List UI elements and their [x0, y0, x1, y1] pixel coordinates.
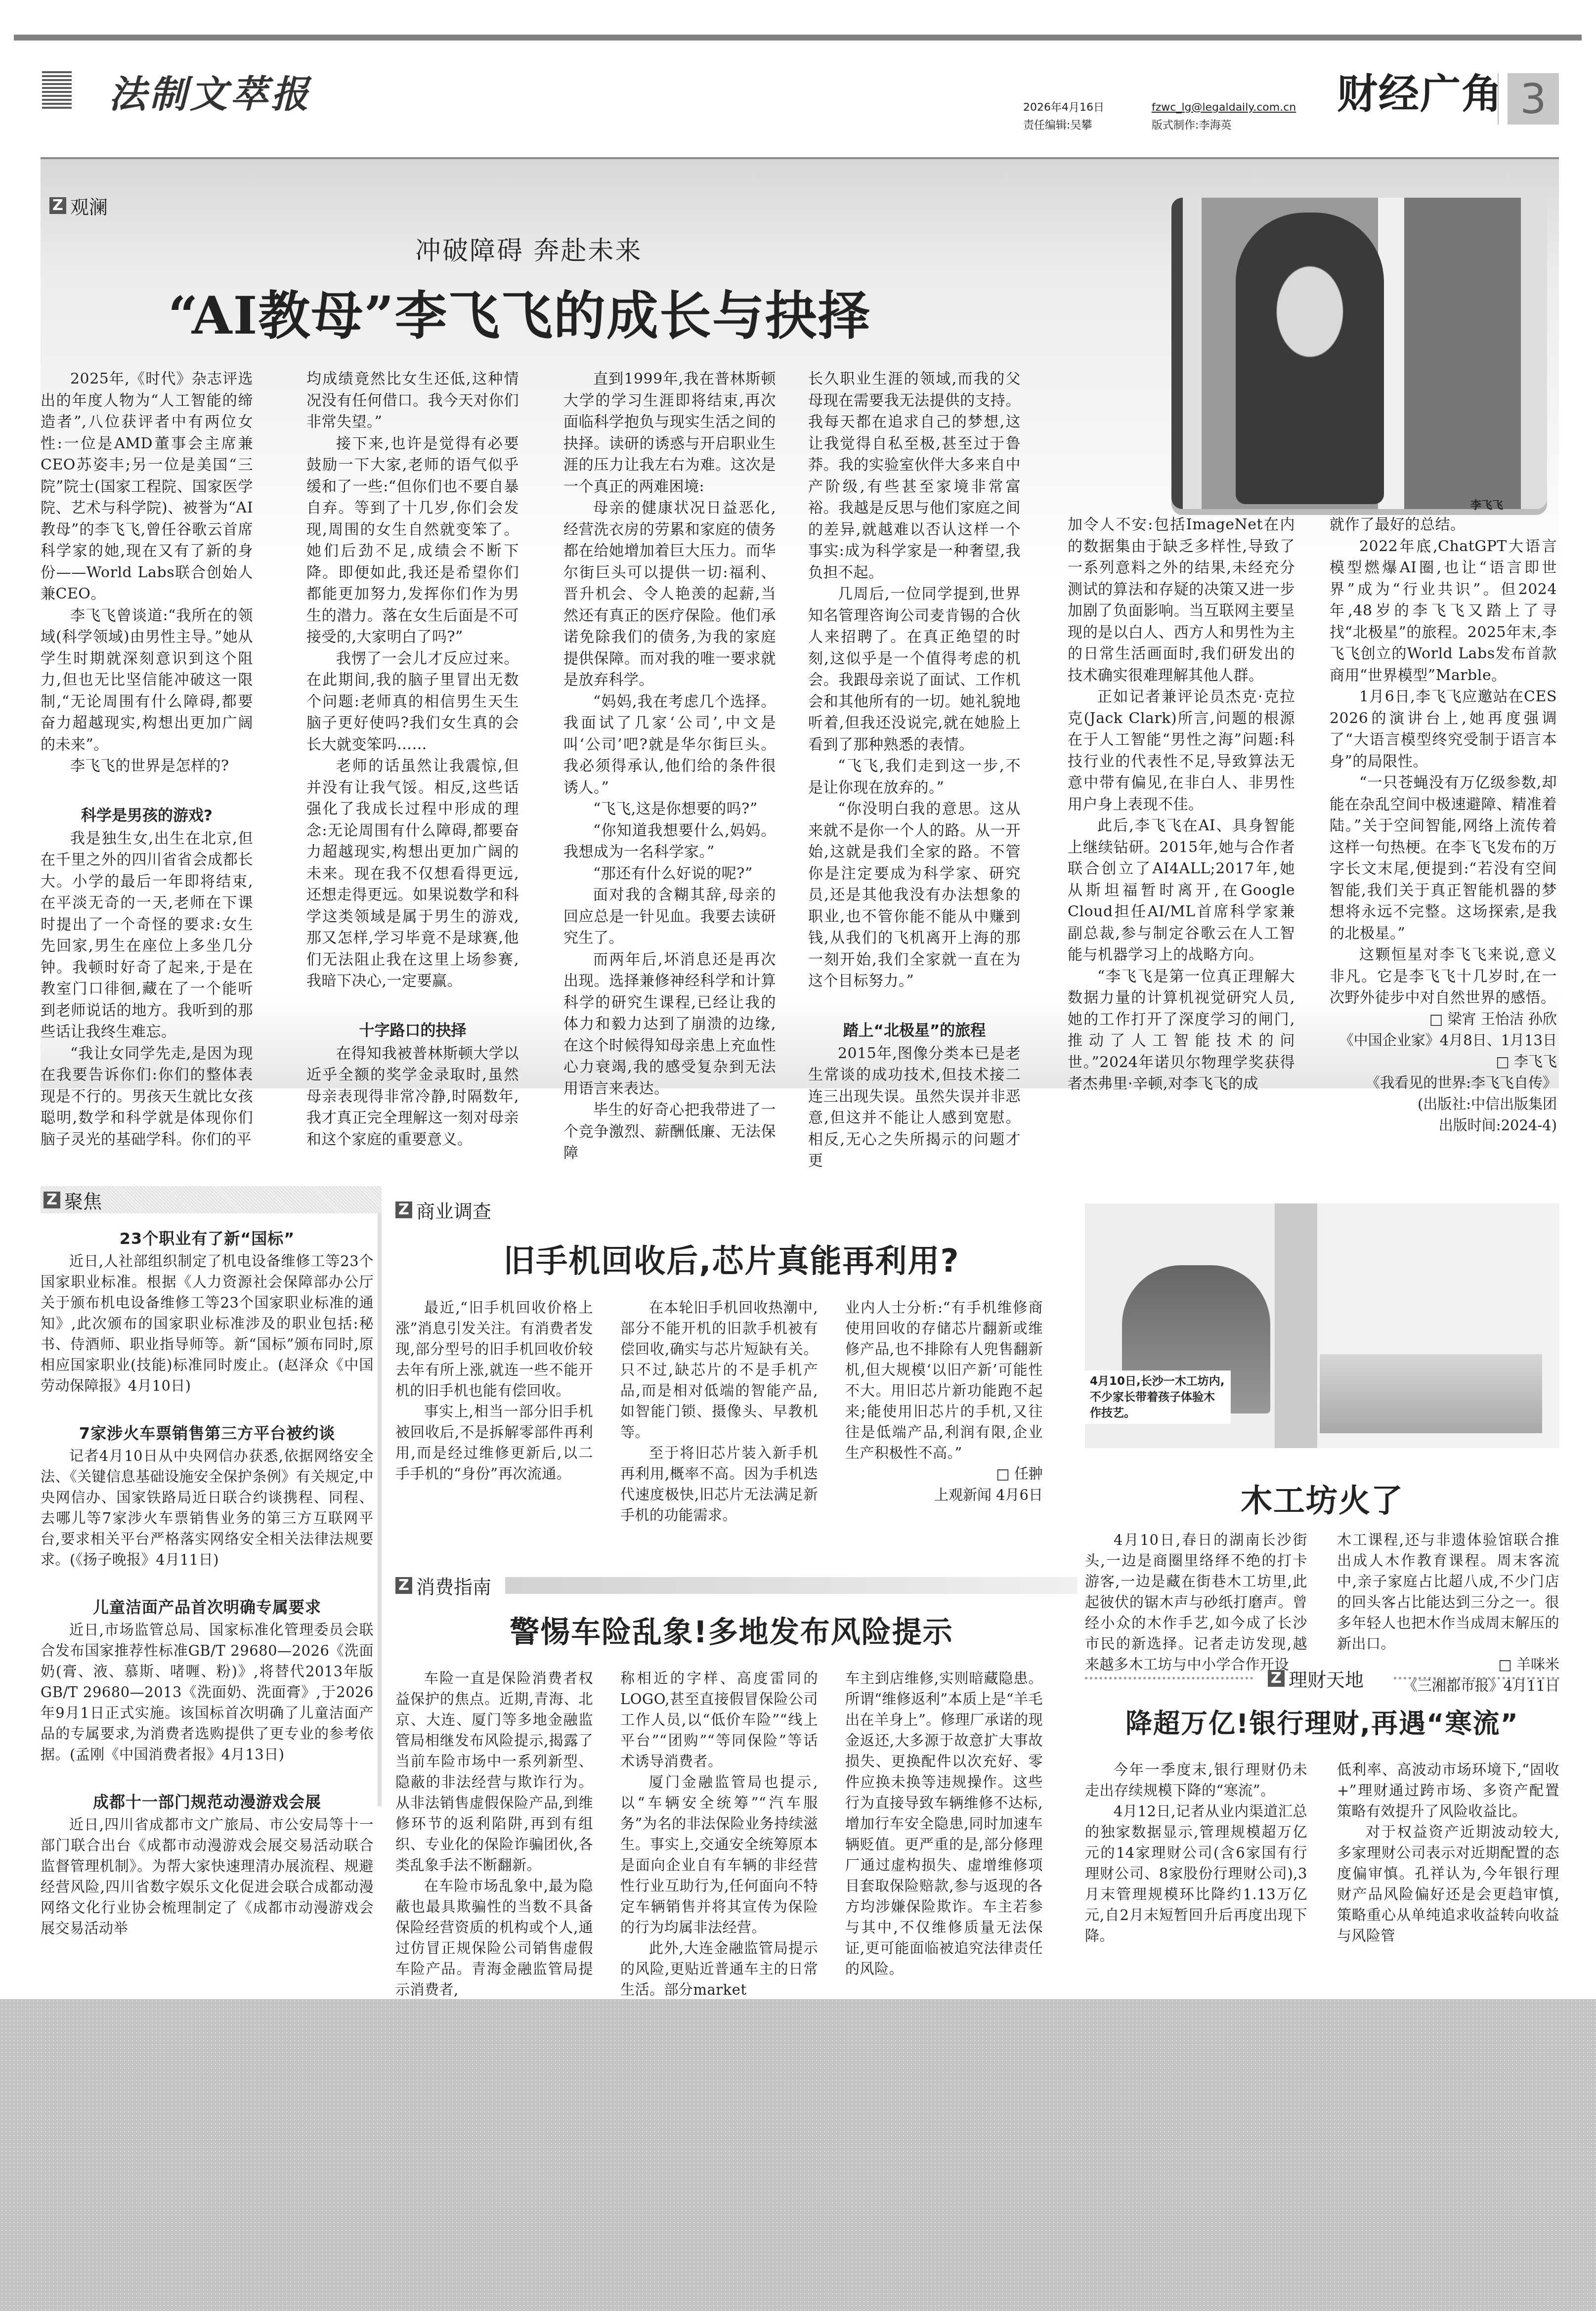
page-bottom-mask [0, 1999, 1596, 2311]
layout-credit: 版式制作:李海英 [1152, 117, 1296, 134]
paragraph: 我愣了一会儿才反应过来。在此期间,我的脑子里冒出无数个问题:老师真的相信男生天生… [306, 648, 519, 756]
brief-item: 儿童洁面产品首次明确专属要求 近日,市场监管总局、国家标准化管理委员会联合发布国… [41, 1595, 374, 1765]
issue-date: 2026年4月16日 [1023, 99, 1104, 117]
finance-headline: 降超万亿!银行理财,再遇“寒流” [1085, 1703, 1559, 1741]
paragraph: 长久职业生涯的领域,而我的父母现在需要我无法提供的支持。我每天都在追求自己的梦想… [808, 368, 1021, 583]
finance-column-2: 低利率、高波动市场环境下,“固收+”理财通过跨市场、多资产配置策略有效提升了风险… [1337, 1759, 1559, 1999]
editor-credit: 责任编辑:吴攀 [1023, 117, 1104, 134]
author-credit: □ 羊咪米 [1337, 1654, 1559, 1675]
consumer-column-2: 称相近的字样、高度雷同的LOGO,甚至直接假冒保险公司工作人员,以“低价车险”“… [620, 1668, 818, 1999]
tag-label: 观澜 [70, 192, 108, 219]
paragraph: “那还有什么好说的呢?” [563, 863, 776, 885]
paragraph: 直到1999年,我在普林斯顿大学的学习生涯即将结束,再次面临科学抱负与现实生活之… [563, 368, 776, 497]
paragraph: 李飞飞曾谈道:“我所在的领域(科学领域)由男性主导。”她从学生时期就深刻意识到这… [41, 605, 253, 756]
paragraph: 厦门金融监管局也提示,以“车辆安全统筹”“汽车服务”为名的非法保险业务持续滋生。… [620, 1772, 818, 1938]
z-logo-icon: Z [1268, 1670, 1285, 1687]
portrait-figure [1236, 213, 1384, 504]
photo-caption: 4月10日,长沙一木工坊内,不少家长带着孩子体验木作技艺。 [1085, 1370, 1231, 1424]
masthead: 法制文萃报 [109, 64, 311, 118]
paragraph: 此后,李飞飞在AI、具身智能上继续钻研。2015年,她与合作者联合创立了AI4A… [1068, 815, 1295, 966]
top-rule [14, 35, 1582, 41]
divider [1394, 1677, 1559, 1679]
section-title: 财经广角 [1337, 62, 1503, 120]
z-logo-icon: Z [49, 197, 66, 214]
paragraph: 1月6日,李飞飞应邀站在CES 2026的演讲台上,她再度强调了“大语言模型终究… [1330, 686, 1557, 772]
paragraph: 均成绩竟然比女生还低,这种情况没有任何借口。我今天对你们非常失望。” [306, 368, 519, 433]
paragraph: 事实上,相当一部分旧手机被回收后,不是拆解零部件再利用,而是经过维修更新后,以二… [395, 1401, 593, 1484]
paragraph: 低利率、高波动市场环境下,“固收+”理财通过跨市场、多资产配置策略有效提升了风险… [1337, 1759, 1559, 1822]
paragraph: 就作了最好的总结。 [1330, 514, 1557, 536]
paragraph: 面对我的含糊其辞,母亲的回应总是一针见血。我要去读研究生了。 [563, 884, 776, 949]
finance-column-1: 今年一季度末,银行理财仍未走出存续规模下降的“寒流”。 4月12日,记者从业内渠… [1085, 1759, 1307, 1999]
business-column-3: 业内人士分析:“有手机维修商使用回收的存储芯片翻新或维修产品,也不排除有人兜售翻… [845, 1297, 1043, 1506]
subheading: 十字路口的抉择 [306, 1018, 519, 1040]
brief-body: 记者4月10日从中央网信办获悉,依据网络安全法、《关键信息基础设施安全保护条例》… [41, 1446, 374, 1570]
feature-column-4: 长久职业生涯的领域,而我的父母现在需要我无法提供的支持。我每天都在追求自己的梦想… [808, 368, 1021, 1172]
paragraph: 今年一季度末,银行理财仍未走出存续规模下降的“寒流”。 [1085, 1759, 1307, 1801]
paragraph: 李飞飞的世界是怎样的? [41, 755, 253, 777]
section-tag-guanlan: Z 观澜 [49, 192, 108, 219]
paragraph: “飞飞,我们走到这一步,不是让你现在放弃的。” [808, 755, 1021, 798]
source-credit: 《中国企业家》4月8日、1月13日 [1330, 1030, 1557, 1051]
brief-title: 儿童洁面产品首次明确专属要求 [41, 1595, 374, 1618]
paragraph: 4月10日,春日的湖南长沙街头,一边是商圈里络绎不绝的打卡游客,一边是藏在街巷木… [1085, 1530, 1307, 1675]
author-credit: □ 任翀 [845, 1463, 1043, 1485]
paragraph: 称相近的字样、高度雷同的LOGO,甚至直接假冒保险公司工作人员,以“低价车险”“… [620, 1668, 818, 1772]
feature-subheadline: 冲破障碍 奔赴未来 [415, 230, 643, 267]
paragraph: 车险一直是保险消费者权益保护的焦点。近期,青海、北京、大连、厦门等多地金融监管局… [395, 1668, 593, 1876]
brief-item: 7家涉火车票销售第三方平台被约谈 记者4月10日从中央网信办获悉,依据网络安全法… [41, 1421, 374, 1570]
paragraph: 至于将旧芯片装入新手机再利用,概率不高。因为手机迭代速度极快,旧芯片无法满足新手… [620, 1443, 818, 1526]
paragraph: 在本轮旧手机回收热潮中,部分不能开机的旧款手机被有偿回收,确实与芯片短缺有关。只… [620, 1297, 818, 1443]
paragraph: 业内人士分析:“有手机维修商使用回收的存储芯片翻新或维修产品,也不排除有人兜售翻… [845, 1297, 1043, 1463]
paragraph: 接下来,也许是觉得有必要鼓励一下大家,老师的语气似乎缓和了一些:“但你们也不要自… [306, 433, 519, 648]
brief-body: 近日,人社部组织制定了机电设备维修工等23个国家职业标准。根据《人力资源社会保障… [41, 1251, 374, 1396]
subheading: 科学是男孩的游戏? [41, 803, 253, 825]
paragraph: 4月12日,记者从业内渠道汇总的独家数据显示,管理规模超万亿元的14家理财公司(… [1085, 1801, 1307, 1946]
paragraph: “一只苍蝇没有万亿级参数,却能在杂乱空间中极速避障、精准着陆。”关于空间智能,网… [1330, 772, 1557, 944]
woodshop-column-1: 4月10日,春日的湖南长沙街头,一边是商圈里络绎不绝的打卡游客,一边是藏在街巷木… [1085, 1530, 1307, 1675]
divider [1085, 1677, 1253, 1679]
paragraph: 老师的话虽然让我震惊,但并没有让我气馁。相反,这些话强化了我成长过程中形成的理念… [306, 755, 519, 992]
email-link[interactable]: fzwc_lg@legaldaily.com.cn [1152, 99, 1296, 117]
brief-item: 成都十一部门规范动漫游戏会展 近日,四川省成都市文广旅局、市公安局等十一部门联合… [41, 1790, 374, 1939]
section-tag-consumer: Z 消费指南 [395, 1572, 1078, 1599]
paragraph: “飞飞,这是你想要的吗?” [563, 798, 776, 820]
paragraph: “你没明白我的意思。这从来就不是你一个人的路。从一开始,这就是我们全家的路。不管… [808, 798, 1021, 992]
z-logo-icon: Z [43, 1192, 60, 1208]
header-contact: fzwc_lg@legaldaily.com.cn 版式制作:李海英 [1152, 99, 1296, 134]
divider [1498, 73, 1499, 125]
paragraph: 2022年底,ChatGPT大语言模型燃爆AI圈,也让“语言即世界”成为“行业共… [1330, 536, 1557, 686]
paragraph: 2025年,《时代》杂志评选出的年度人物为“人工智能的缔造者”,八位获评者中有两… [41, 368, 253, 605]
paragraph: “你知道我想要什么,妈妈。我想成为一名科学家。” [563, 820, 776, 863]
paragraph: 我是独生女,出生在北京,但在千里之外的四川省省会成都长大。小学的最后一年即将结束… [41, 828, 253, 1043]
woodshop-headline: 木工坊火了 [1085, 1475, 1559, 1521]
paragraph: 在得知我被普林斯顿大学以近乎全额的奖学金录取时,虽然母亲表现得非常冷静,时隔数年… [306, 1043, 519, 1151]
z-logo-icon: Z [395, 1201, 412, 1218]
brief-body: 近日,市场监管总局、国家标准化管理委员会联合发布国家推荐性标准GB/T 2968… [41, 1620, 374, 1765]
feature-column-3: 直到1999年,我在普林斯顿大学的学习生涯即将结束,再次面临科学抱负与现实生活之… [563, 368, 776, 1164]
focus-briefs: 23个职业有了新“国标” 近日,人社部组织制定了机电设备维修工等23个国家职业标… [41, 1213, 382, 1806]
subheading: 踏上“北极星”的旅程 [808, 1018, 1021, 1040]
brief-title: 23个职业有了新“国标” [41, 1226, 374, 1249]
tag-bar [505, 1577, 1078, 1594]
consumer-headline: 警惕车险乱象!多地发布风险提示 [386, 1609, 1078, 1651]
brief-item: 23个职业有了新“国标” 近日,人社部组织制定了机电设备维修工等23个国家职业标… [41, 1226, 374, 1396]
tag-label: 商业调查 [416, 1196, 491, 1223]
paragraph: 而两年后,坏消息还是再次出现。选择兼修神经科学和计算科学的研究生课程,已经让我的… [563, 949, 776, 1100]
paragraph: 此外,大连金融监管局提示的风险,更贴近普通车主的日常生活。部分market [620, 1938, 818, 1999]
author-credit: □ 梁宵 王怡洁 孙欣 [1330, 1009, 1557, 1030]
feature-column-1: 2025年,《时代》杂志评选出的年度人物为“人工智能的缔造者”,八位获评者中有两… [41, 368, 253, 1150]
paragraph: 加令人不安:包括ImageNet在内的数据集由于缺乏多样性,导致了一系列意料之外… [1068, 514, 1295, 686]
business-column-1: 最近,“旧手机回收价格上涨”消息引发关注。有消费者发现,部分型号的旧手机回收价较… [395, 1297, 593, 1484]
paragraph: “妈妈,我在考虑几个选择。我面试了几家‘公司’,中文是叫‘公司’吧?就是华尔街巨… [563, 691, 776, 799]
paragraph: “李飞飞是第一位真正理解大数据力量的计算机视觉研究人员,她的工作打开了深度学习的… [1068, 966, 1295, 1095]
paragraph: 木工课程,还与非遗体验馆联合推出成人木作教育课程。周末客流中,亲子家庭占比超八成… [1337, 1530, 1559, 1654]
publisher: (出版社:中信出版集团 [1330, 1094, 1557, 1115]
feature-headline: “AI教母”李飞飞的成长与抉择 [168, 274, 871, 349]
paragraph: 2015年,图像分类本已是老生常谈的成功技术,但技术接二连三出现失误。虽然失误并… [808, 1043, 1021, 1172]
brief-title: 7家涉火车票销售第三方平台被约谈 [41, 1421, 374, 1444]
section-tag-finance: Z 理财天地 [1268, 1665, 1364, 1692]
paragraph: 最近,“旧手机回收价格上涨”消息引发关注。有消费者发现,部分型号的旧手机回收价较… [395, 1297, 593, 1401]
header-date-editor: 2026年4月16日 责任编辑:吴攀 [1023, 99, 1104, 134]
paragraph: 车主到店维修,实则暗藏隐患。所谓“维修返利”本质上是“羊毛出在羊身上”。修理厂承… [845, 1668, 1043, 1979]
paragraph: 正如记者兼评论员杰克·克拉克(Jack Clark)所言,问题的根源在于人工智能… [1068, 686, 1295, 815]
business-column-2: 在本轮旧手机回收热潮中,部分不能开机的旧款手机被有偿回收,确实与芯片短缺有关。只… [620, 1297, 818, 1526]
section-tag-focus: Z 聚焦 [41, 1186, 382, 1213]
paragraph: 对于权益资产近期波动较大,多家理财公司表示对近期配置的态度偏审慎。孔祥认为,今年… [1337, 1822, 1559, 1946]
section-tag-business: Z 商业调查 [395, 1196, 491, 1223]
source-credit: 上观新闻 4月6日 [845, 1485, 1043, 1506]
feature-column-2: 均成绩竟然比女生还低,这种情况没有任何借口。我今天对你们非常失望。” 接下来,也… [306, 368, 519, 1150]
paragraph: 在车险市场乱象中,最为隐蔽也最具欺骗性的当数不具备保险经营资质的机构或个人,通过… [395, 1876, 593, 1999]
publish-date: 出版时间:2024-4) [1330, 1115, 1557, 1136]
brief-title: 成都十一部门规范动漫游戏会展 [41, 1790, 374, 1812]
photo-workbench [1320, 1354, 1542, 1433]
z-logo-icon: Z [395, 1577, 412, 1594]
woodshop-column-2: 木工课程,还与非遗体验馆联合推出成人木作教育课程。周末客流中,亲子家庭占比超八成… [1337, 1530, 1559, 1697]
author-credit: □ 李飞飞 [1330, 1051, 1557, 1072]
feature-column-5: 加令人不安:包括ImageNet在内的数据集由于缺乏多样性,导致了一系列意料之外… [1068, 514, 1295, 1095]
page-number: 3 [1508, 73, 1559, 125]
feature-column-6: 就作了最好的总结。 2022年底,ChatGPT大语言模型燃爆AI圈,也让“语言… [1330, 514, 1557, 1136]
consumer-column-1: 车险一直是保险消费者权益保护的焦点。近期,青海、北京、大连、厦门等多地金融监管局… [395, 1668, 593, 1999]
paragraph: 毕生的好奇心把我带进了一个竞争激烈、薪酬低廉、无法保障 [563, 1099, 776, 1164]
tag-label: 聚焦 [64, 1186, 102, 1213]
photo-caption: 李飞飞 [1470, 497, 1503, 512]
consumer-column-3: 车主到店维修,实则暗藏隐患。所谓“维修返利”本质上是“羊毛出在羊身上”。修理厂承… [845, 1668, 1043, 1999]
paragraph: 这颗恒星对李飞飞来说,意义非凡。它是李飞飞十几岁时,在一次野外徒步中对自然世界的… [1330, 944, 1557, 1009]
business-headline: 旧手机回收后,芯片真能再利用? [386, 1236, 1078, 1281]
paragraph: “我让女同学先走,是因为现在我要告诉你们:你们的整体表现是不行的。男孩天生就比女… [41, 1043, 253, 1151]
book-title: 《我看见的世界:李飞飞自传》 [1330, 1072, 1557, 1094]
brief-body: 近日,四川省成都市文广旅局、市公安局等十一部门联合出台《成都市动漫游戏会展交易活… [41, 1814, 374, 1939]
tag-label: 理财天地 [1289, 1665, 1364, 1692]
paragraph: 几周后,一位同学提到,世界知名管理咨询公司麦肯锡的合伙人来招聘了。在真正绝望的时… [808, 583, 1021, 755]
qr-code-icon [42, 69, 72, 109]
tag-label: 消费指南 [416, 1572, 491, 1599]
paragraph: 母亲的健康状况日益恶化,经营洗衣房的劳累和家庭的债务都在给她增加着巨大压力。而华… [563, 497, 776, 691]
